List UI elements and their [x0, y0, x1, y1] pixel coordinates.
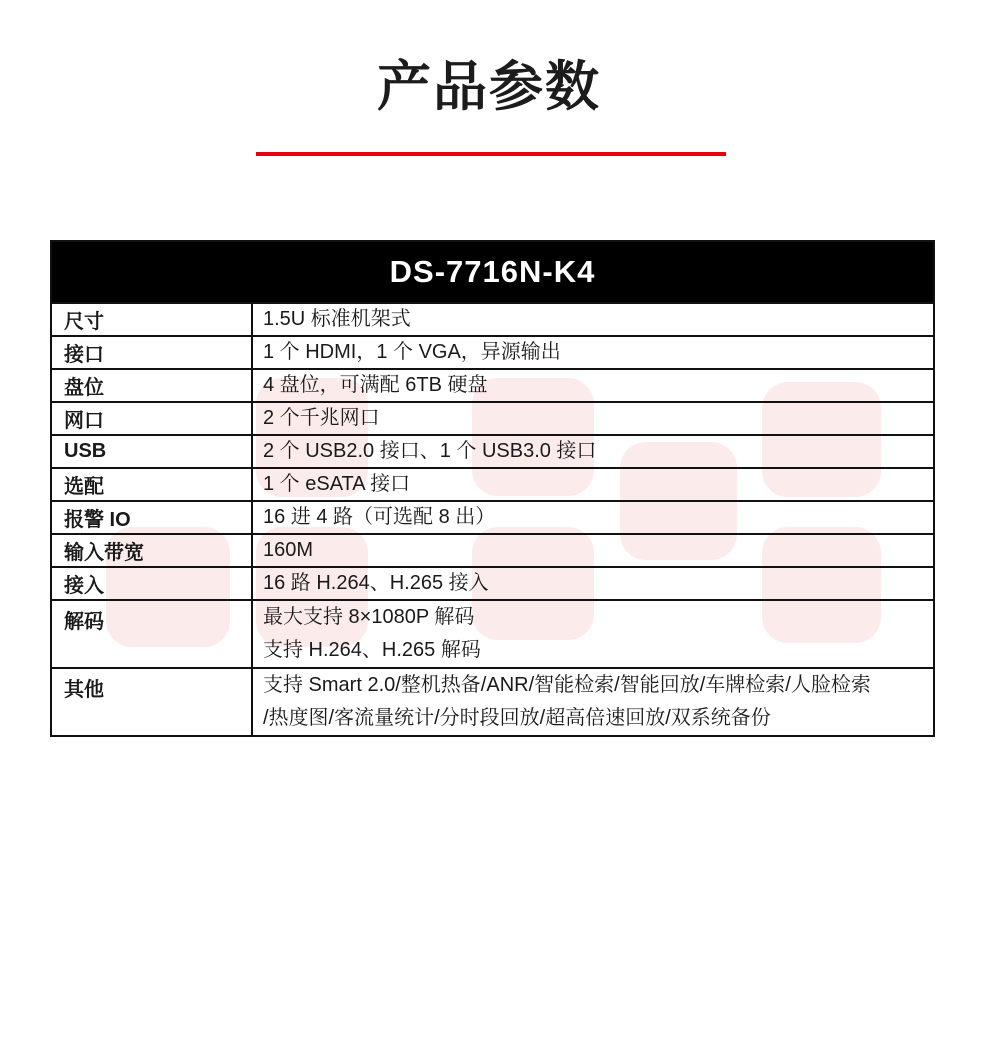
table-row: 其他 支持 Smart 2.0/整机热备/ANR/智能检索/智能回放/车牌检索/…	[51, 668, 934, 736]
spec-label: 输入带宽	[51, 534, 252, 567]
title-underline	[256, 152, 726, 156]
spec-value: 16 路 H.264、H.265 接入	[252, 567, 934, 600]
spec-label: 报警 IO	[51, 501, 252, 534]
model-header: DS-7716N-K4	[51, 241, 934, 303]
spec-value: 支持 Smart 2.0/整机热备/ANR/智能检索/智能回放/车牌检索/人脸检…	[252, 668, 934, 736]
spec-value: 160M	[252, 534, 934, 567]
spec-label: 盘位	[51, 369, 252, 402]
spec-label: 尺寸	[51, 303, 252, 336]
spec-value: 1 个 eSATA 接口	[252, 468, 934, 501]
table-row: 报警 IO 16 进 4 路（可选配 8 出）	[51, 501, 934, 534]
spec-value: 2 个千兆网口	[252, 402, 934, 435]
spec-label: 接入	[51, 567, 252, 600]
spec-value: 最大支持 8×1080P 解码 支持 H.264、H.265 解码	[252, 600, 934, 668]
table-row: 接入 16 路 H.264、H.265 接入	[51, 567, 934, 600]
spec-label: 其他	[51, 668, 252, 736]
table-row: 解码 最大支持 8×1080P 解码 支持 H.264、H.265 解码	[51, 600, 934, 668]
table-row: 网口 2 个千兆网口	[51, 402, 934, 435]
page: 产品参数 DS-7716N-K4 尺寸 1.5U 标准机架式 接口 1 个	[0, 0, 990, 1061]
spec-value: 16 进 4 路（可选配 8 出）	[252, 501, 934, 534]
spec-label: 网口	[51, 402, 252, 435]
table-row: USB 2 个 USB2.0 接口、1 个 USB3.0 接口	[51, 435, 934, 468]
spec-value: 1.5U 标准机架式	[252, 303, 934, 336]
table-row: 尺寸 1.5U 标准机架式	[51, 303, 934, 336]
spec-label: 接口	[51, 336, 252, 369]
spec-value: 4 盘位，可满配 6TB 硬盘	[252, 369, 934, 402]
spec-value: 1 个 HDMI，1 个 VGA，异源输出	[252, 336, 934, 369]
table-row: 选配 1 个 eSATA 接口	[51, 468, 934, 501]
spec-label: 选配	[51, 468, 252, 501]
table-row: 输入带宽 160M	[51, 534, 934, 567]
spec-label: USB	[51, 435, 252, 468]
table-header-row: DS-7716N-K4	[51, 241, 934, 303]
page-title: 产品参数	[0, 44, 978, 121]
spec-value: 2 个 USB2.0 接口、1 个 USB3.0 接口	[252, 435, 934, 468]
table-row: 盘位 4 盘位，可满配 6TB 硬盘	[51, 369, 934, 402]
spec-label: 解码	[51, 600, 252, 668]
spec-table: DS-7716N-K4 尺寸 1.5U 标准机架式 接口 1 个 HDMI，1 …	[50, 240, 935, 737]
table-row: 接口 1 个 HDMI，1 个 VGA，异源输出	[51, 336, 934, 369]
